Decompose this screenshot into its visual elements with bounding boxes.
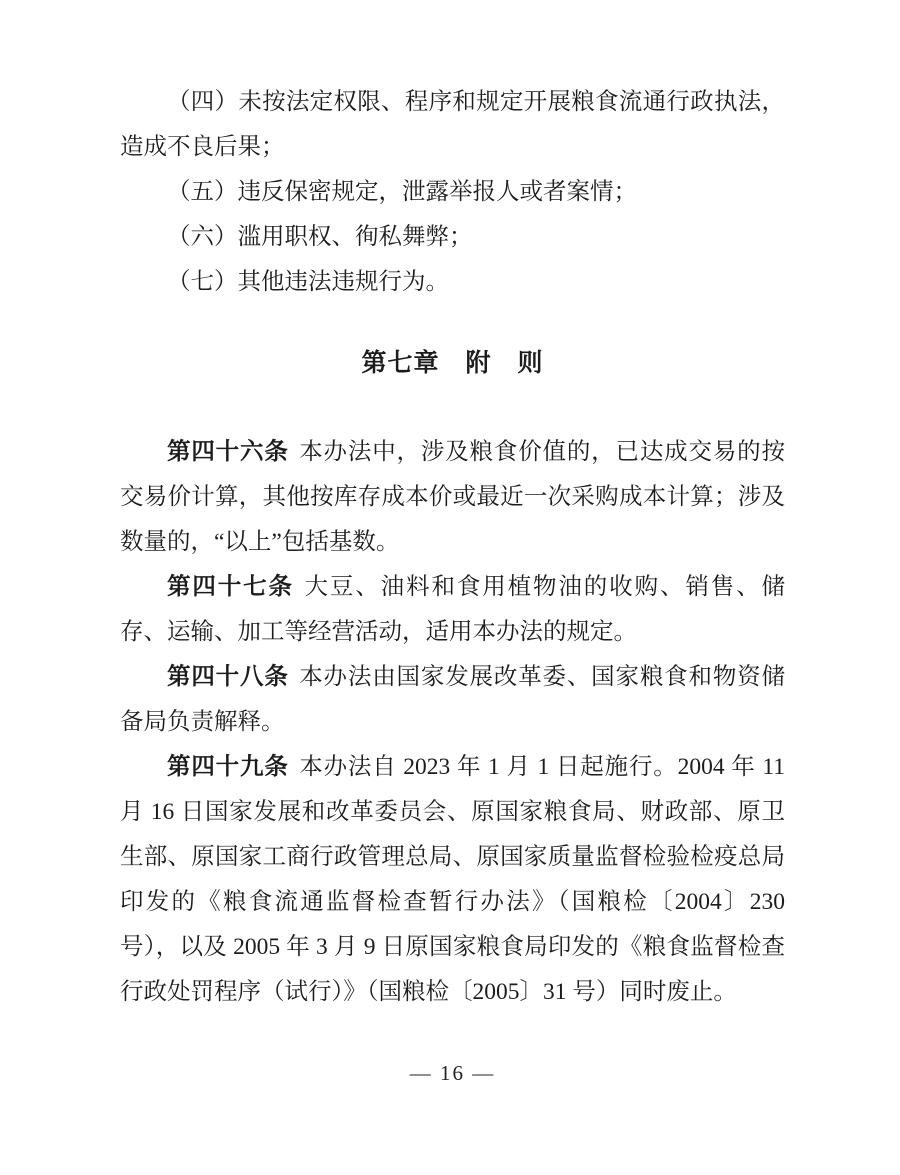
document-page: （四）未按法定权限、程序和规定开展粮食流通行政执法，造成不良后果； （五）违反保… bbox=[0, 0, 900, 1175]
chapter-heading: 第七章 附 则 bbox=[120, 341, 785, 386]
page-number: — 16 — bbox=[120, 1051, 785, 1096]
article-46-paragraph: 第四十六条本办法中，涉及粮食价值的，已达成交易的按交易价计算，其他按库存成本价或… bbox=[120, 430, 785, 565]
article-46-number: 第四十六条 bbox=[167, 439, 289, 465]
article-49-text: 本办法自 2023 年 1 月 1 日起施行。2004 年 11 月 16 日国… bbox=[120, 754, 785, 1005]
list-item-7: （七）其他违法违规行为。 bbox=[120, 260, 785, 305]
article-48-paragraph: 第四十八条本办法由国家发展改革委、国家粮食和物资储备局负责解释。 bbox=[120, 655, 785, 745]
article-49-paragraph: 第四十九条本办法自 2023 年 1 月 1 日起施行。2004 年 11 月 … bbox=[120, 745, 785, 1015]
article-48-number: 第四十八条 bbox=[167, 664, 289, 690]
article-47-number: 第四十七条 bbox=[167, 574, 294, 600]
list-item-5: （五）违反保密规定，泄露举报人或者案情； bbox=[120, 170, 785, 215]
list-item-4: （四）未按法定权限、程序和规定开展粮食流通行政执法，造成不良后果； bbox=[120, 80, 785, 170]
article-47-paragraph: 第四十七条大豆、油料和食用植物油的收购、销售、储存、运输、加工等经营活动，适用本… bbox=[120, 565, 785, 655]
list-item-6: （六）滥用职权、徇私舞弊； bbox=[120, 215, 785, 260]
article-49-number: 第四十九条 bbox=[167, 754, 289, 780]
